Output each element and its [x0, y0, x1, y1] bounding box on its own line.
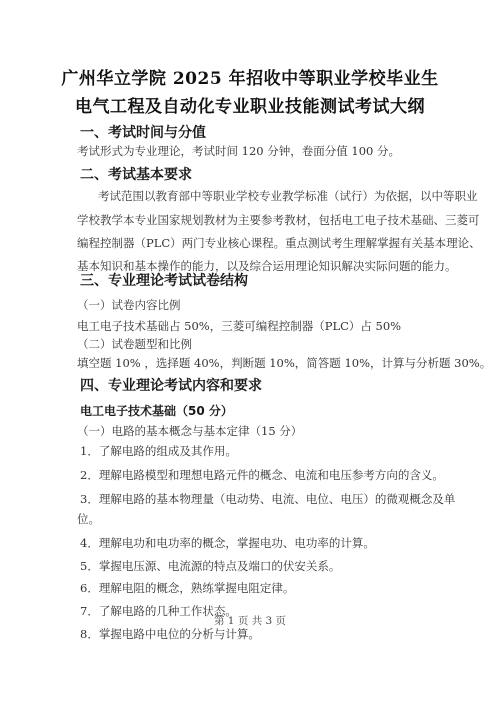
list-item: 4．理解电功和电功率的概念，掌握电功、电功率的计算。: [80, 535, 375, 551]
list-item: 2．理解电路模型和理想电路元件的概念、电流和电压参考方向的含义。: [80, 467, 444, 483]
list-item: 1．了解电路的组成及其作用。: [80, 443, 237, 459]
section-heading-4: 四、专业理论考试内容和要求: [80, 375, 262, 395]
list-item: 3．理解电路的基本物理量（电动势、电流、电位、电压）的微观概念及单: [80, 491, 455, 507]
list-item: 5．掌握电压源、电流源的特点及端口的伏安关系。: [80, 558, 340, 574]
list-item: 8．掌握电路中电位的分析与计算。: [80, 626, 260, 642]
section-3-sub2-text: 填空题 10% ，选择题 40%，判断题 10%，简答题 10%，计算与分析题 …: [77, 355, 491, 371]
section-1-paragraph: 考试形式为专业理论，考试时间 120 分钟，卷面分值 100 分。: [77, 143, 400, 159]
document-title-line1: 广州华立学院 2025 年招收中等职业学校毕业生: [0, 64, 500, 89]
section-3-sub1-heading: （一）试卷内容比例: [77, 297, 181, 313]
section-heading-2: 二、考试基本要求: [80, 164, 192, 184]
course-heading: 电工电子技术基础（50 分）: [80, 402, 233, 419]
section-2-line-1: 考试范围以教育部中等职业学校专业教学标准（试行）为依据，以中等职业: [98, 188, 478, 204]
document-title-line2: 电气工程及自动化专业职业技能测试考试大纲: [0, 92, 500, 117]
section-2-line-2: 学校教学本专业国家规划教材为主要参考教材，包括电工电子技术基础、三菱可: [77, 212, 480, 228]
section-2-line-3: 编程控制器（PLC）两门专业核心课程。重点测试考生理解掌握有关基本理论、: [77, 235, 481, 251]
list-item: 6．理解电阻的概念，熟练掌握电阻定律。: [80, 580, 294, 596]
page-footer: 第 1 页 共 3 页: [0, 613, 500, 628]
list-item-continuation: 位。: [77, 511, 100, 527]
unit-heading: （一）电路的基本概念与基本定律（15 分）: [77, 423, 302, 439]
document-page: 广州华立学院 2025 年招收中等职业学校毕业生 电气工程及自动化专业职业技能测…: [0, 0, 500, 707]
section-heading-3: 三、专业理论考试试卷结构: [80, 270, 248, 290]
section-heading-1: 一、考试时间与分值: [80, 122, 206, 142]
section-3-sub2-heading: （二）试卷题型和比例: [77, 336, 192, 352]
section-3-sub1-text: 电工电子技术基础占 50%，三菱可编程控制器（PLC）占 50%: [77, 318, 401, 334]
